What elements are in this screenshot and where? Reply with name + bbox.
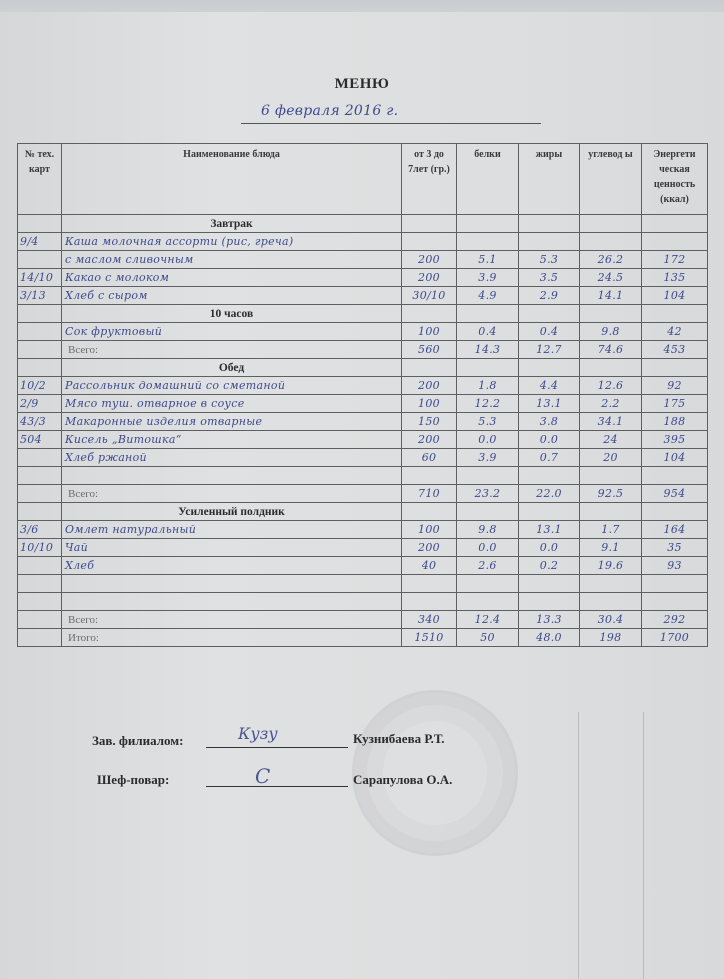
carbs-value: 20 bbox=[603, 451, 618, 464]
energy-value: 93 bbox=[667, 559, 682, 572]
section-code-cell bbox=[18, 503, 62, 521]
portion-cell: 150 bbox=[402, 413, 457, 431]
dish-name: с маслом сливочным bbox=[62, 251, 402, 269]
tech-card-number: 43/3 bbox=[18, 413, 62, 431]
carbs-cell: 19.6 bbox=[580, 557, 642, 575]
total-carbs-cell: 30.4 bbox=[580, 611, 642, 629]
empty-cell bbox=[519, 305, 580, 323]
date-field: 6 февраля 2016 г. bbox=[241, 103, 541, 124]
total-label: Всего: bbox=[62, 611, 402, 629]
tech-card-value: 3/13 bbox=[20, 289, 46, 302]
portion-cell: 200 bbox=[402, 539, 457, 557]
tech-card-value: 2/9 bbox=[20, 397, 39, 410]
proteins-cell: 12.2 bbox=[457, 395, 519, 413]
total-carbs-value: 74.6 bbox=[598, 343, 624, 356]
fats-cell: 13.1 bbox=[519, 395, 580, 413]
fats-value: 0.4 bbox=[540, 325, 558, 338]
chef-name: Сарапулова О.А. bbox=[353, 772, 452, 788]
energy-cell bbox=[642, 593, 708, 611]
energy-value: 42 bbox=[667, 325, 682, 338]
total-proteins-cell: 14.3 bbox=[457, 341, 519, 359]
proteins-value: 3.9 bbox=[478, 451, 496, 464]
section-code-cell bbox=[18, 359, 62, 377]
table-row: Хлеб402.60.219.693 bbox=[18, 557, 708, 575]
total-energy-value: 292 bbox=[664, 613, 686, 626]
portion-value: 60 bbox=[422, 451, 437, 464]
fats-value: 13.1 bbox=[536, 397, 562, 410]
proteins-value: 9.8 bbox=[478, 523, 496, 536]
fats-cell: 3.8 bbox=[519, 413, 580, 431]
empty-cell bbox=[519, 503, 580, 521]
carbs-value: 12.6 bbox=[598, 379, 624, 392]
branch-head-name: Кузнибаева Р.Т. bbox=[353, 731, 445, 747]
dish-name bbox=[62, 575, 402, 593]
proteins-value: 5.1 bbox=[478, 253, 496, 266]
tech-card-number: 14/10 bbox=[18, 269, 62, 287]
portion-value: 200 bbox=[418, 433, 440, 446]
section-title: Завтрак bbox=[62, 215, 402, 233]
empty-cell bbox=[580, 359, 642, 377]
empty-cell bbox=[642, 305, 708, 323]
table-row bbox=[18, 575, 708, 593]
dish-name-value: Рассольник домашний со сметаной bbox=[65, 379, 285, 392]
total-fats-cell: 13.3 bbox=[519, 611, 580, 629]
grand-total-proteins-value: 50 bbox=[480, 631, 495, 644]
total-proteins-value: 14.3 bbox=[475, 343, 501, 356]
total-fats-cell: 12.7 bbox=[519, 341, 580, 359]
energy-value: 135 bbox=[664, 271, 686, 284]
tech-card-value: 43/3 bbox=[20, 415, 46, 428]
carbs-value: 14.1 bbox=[598, 289, 624, 302]
dish-name-value: Хлеб с сыром bbox=[65, 289, 148, 302]
empty-cell bbox=[402, 503, 457, 521]
fats-value: 0.0 bbox=[540, 541, 558, 554]
tech-card-value: 10/10 bbox=[20, 541, 53, 554]
dish-name: Омлет натуральный bbox=[62, 521, 402, 539]
tech-card-number bbox=[18, 467, 62, 485]
total-code-cell bbox=[18, 485, 62, 503]
header-portion: от 3 до 7лет (гр.) bbox=[402, 144, 457, 215]
total-carbs-cell: 92.5 bbox=[580, 485, 642, 503]
dish-name-value: Мясо туш. отварное в соусе bbox=[65, 397, 245, 410]
portion-cell: 100 bbox=[402, 323, 457, 341]
carbs-value: 34.1 bbox=[598, 415, 624, 428]
dish-name-value: Каша молочная ассорти (рис, греча) bbox=[65, 235, 293, 248]
total-fats-cell: 22.0 bbox=[519, 485, 580, 503]
dish-name-value: Макаронные изделия отварные bbox=[65, 415, 262, 428]
energy-cell: 104 bbox=[642, 287, 708, 305]
empty-cell bbox=[580, 503, 642, 521]
energy-cell: 42 bbox=[642, 323, 708, 341]
empty-cell bbox=[457, 305, 519, 323]
grand-total-energy-cell: 1700 bbox=[642, 629, 708, 647]
total-portion-cell: 710 bbox=[402, 485, 457, 503]
empty-cell bbox=[580, 305, 642, 323]
grand-total-code-cell bbox=[18, 629, 62, 647]
tech-card-number bbox=[18, 557, 62, 575]
portion-value: 100 bbox=[418, 523, 440, 536]
fats-cell: 0.4 bbox=[519, 323, 580, 341]
header-energy: Энергети ческая ценность (ккал) bbox=[642, 144, 708, 215]
fats-cell: 3.5 bbox=[519, 269, 580, 287]
grand-total-carbs-value: 198 bbox=[600, 631, 622, 644]
total-code-cell bbox=[18, 341, 62, 359]
carbs-cell bbox=[580, 593, 642, 611]
proteins-cell: 1.8 bbox=[457, 377, 519, 395]
portion-value: 100 bbox=[418, 325, 440, 338]
fats-cell: 13.1 bbox=[519, 521, 580, 539]
proteins-value: 3.9 bbox=[478, 271, 496, 284]
proteins-cell: 4.9 bbox=[457, 287, 519, 305]
grand-total-row: Итого:15105048.01981700 bbox=[18, 629, 708, 647]
energy-value: 92 bbox=[667, 379, 682, 392]
carbs-value: 19.6 bbox=[598, 559, 624, 572]
table-row: 3/13Хлеб с сыром30/104.92.914.1104 bbox=[18, 287, 708, 305]
proteins-cell: 0.0 bbox=[457, 431, 519, 449]
total-fats-value: 12.7 bbox=[536, 343, 562, 356]
empty-cell bbox=[642, 215, 708, 233]
empty-cell bbox=[519, 215, 580, 233]
fats-value: 2.9 bbox=[540, 289, 558, 302]
total-proteins-cell: 12.4 bbox=[457, 611, 519, 629]
carbs-value: 2.2 bbox=[601, 397, 619, 410]
proteins-cell: 3.9 bbox=[457, 449, 519, 467]
energy-cell: 175 bbox=[642, 395, 708, 413]
section-header-row: Усиленный полдник bbox=[18, 503, 708, 521]
fats-value: 3.5 bbox=[540, 271, 558, 284]
energy-cell: 164 bbox=[642, 521, 708, 539]
portion-cell: 200 bbox=[402, 269, 457, 287]
section-title: Усиленный полдник bbox=[62, 503, 402, 521]
energy-cell: 104 bbox=[642, 449, 708, 467]
grand-total-portion-cell: 1510 bbox=[402, 629, 457, 647]
proteins-value: 0.4 bbox=[478, 325, 496, 338]
proteins-cell bbox=[457, 575, 519, 593]
section-total-row: Всего:56014.312.774.6453 bbox=[18, 341, 708, 359]
proteins-cell bbox=[457, 233, 519, 251]
carbs-cell bbox=[580, 575, 642, 593]
grand-total-proteins-cell: 50 bbox=[457, 629, 519, 647]
total-label: Всего: bbox=[62, 485, 402, 503]
tech-card-number bbox=[18, 251, 62, 269]
portion-value: 200 bbox=[418, 253, 440, 266]
total-energy-value: 453 bbox=[664, 343, 686, 356]
section-header-row: Обед bbox=[18, 359, 708, 377]
tech-card-number: 9/4 bbox=[18, 233, 62, 251]
dish-name-value: Хлеб bbox=[65, 559, 94, 572]
chef-signature-line bbox=[206, 772, 348, 787]
tech-card-value: 14/10 bbox=[20, 271, 53, 284]
tech-card-value: 3/6 bbox=[20, 523, 39, 536]
branch-head-signature: Кузу bbox=[238, 724, 278, 743]
empty-cell bbox=[457, 359, 519, 377]
proteins-value: 5.3 bbox=[478, 415, 496, 428]
energy-cell: 93 bbox=[642, 557, 708, 575]
tech-card-value: 504 bbox=[20, 433, 42, 446]
grand-total-energy-value: 1700 bbox=[660, 631, 689, 644]
fats-value: 5.3 bbox=[540, 253, 558, 266]
energy-value: 164 bbox=[664, 523, 686, 536]
empty-cell bbox=[519, 359, 580, 377]
proteins-cell: 0.0 bbox=[457, 539, 519, 557]
grand-total-fats-cell: 48.0 bbox=[519, 629, 580, 647]
carbs-cell: 24.5 bbox=[580, 269, 642, 287]
fats-value: 0.2 bbox=[540, 559, 558, 572]
proteins-cell: 9.8 bbox=[457, 521, 519, 539]
energy-cell: 172 bbox=[642, 251, 708, 269]
table-row: 9/4Каша молочная ассорти (рис, греча) bbox=[18, 233, 708, 251]
empty-cell bbox=[580, 215, 642, 233]
menu-table: № тех. карт Наименование блюда от 3 до 7… bbox=[17, 143, 708, 647]
carbs-cell: 20 bbox=[580, 449, 642, 467]
portion-cell bbox=[402, 593, 457, 611]
energy-cell: 395 bbox=[642, 431, 708, 449]
dish-name-value: Омлет натуральный bbox=[65, 523, 196, 536]
proteins-cell bbox=[457, 467, 519, 485]
fats-value: 0.7 bbox=[540, 451, 558, 464]
carbs-value: 1.7 bbox=[601, 523, 619, 536]
table-row: 43/3Макаронные изделия отварные1505.33.8… bbox=[18, 413, 708, 431]
section-header-row: 10 часов bbox=[18, 305, 708, 323]
fats-value: 4.4 bbox=[540, 379, 558, 392]
tech-card-value: 10/2 bbox=[20, 379, 46, 392]
table-header-row: № тех. карт Наименование блюда от 3 до 7… bbox=[18, 144, 708, 215]
empty-cell bbox=[457, 215, 519, 233]
dish-name: Чай bbox=[62, 539, 402, 557]
proteins-value: 0.0 bbox=[478, 541, 496, 554]
tech-card-number bbox=[18, 449, 62, 467]
section-total-row: Всего:34012.413.330.4292 bbox=[18, 611, 708, 629]
energy-cell: 188 bbox=[642, 413, 708, 431]
section-title: 10 часов bbox=[62, 305, 402, 323]
carbs-cell bbox=[580, 467, 642, 485]
table-row: 10/10Чай2000.00.09.135 bbox=[18, 539, 708, 557]
dish-name: Мясо туш. отварное в соусе bbox=[62, 395, 402, 413]
portion-cell: 100 bbox=[402, 395, 457, 413]
portion-value: 100 bbox=[418, 397, 440, 410]
total-energy-value: 954 bbox=[664, 487, 686, 500]
energy-cell: 35 bbox=[642, 539, 708, 557]
total-portion-value: 340 bbox=[418, 613, 440, 626]
dish-name: Каша молочная ассорти (рис, греча) bbox=[62, 233, 402, 251]
dish-name bbox=[62, 467, 402, 485]
energy-cell bbox=[642, 233, 708, 251]
paper-fold bbox=[578, 712, 579, 979]
energy-cell bbox=[642, 575, 708, 593]
carbs-value: 24.5 bbox=[598, 271, 624, 284]
empty-cell bbox=[402, 305, 457, 323]
carbs-value: 9.8 bbox=[601, 325, 619, 338]
dish-name: Кисель „Витошка“ bbox=[62, 431, 402, 449]
header-fats: жиры bbox=[519, 144, 580, 215]
tech-card-number bbox=[18, 575, 62, 593]
chef-signature: С bbox=[255, 764, 270, 788]
portion-value: 200 bbox=[418, 541, 440, 554]
energy-value: 35 bbox=[667, 541, 682, 554]
total-energy-cell: 954 bbox=[642, 485, 708, 503]
tech-card-value: 9/4 bbox=[20, 235, 39, 248]
portion-cell: 60 bbox=[402, 449, 457, 467]
total-portion-cell: 340 bbox=[402, 611, 457, 629]
carbs-cell: 9.1 bbox=[580, 539, 642, 557]
dish-name bbox=[62, 593, 402, 611]
total-proteins-value: 12.4 bbox=[475, 613, 501, 626]
proteins-cell: 5.3 bbox=[457, 413, 519, 431]
total-proteins-cell: 23.2 bbox=[457, 485, 519, 503]
proteins-value: 4.9 bbox=[478, 289, 496, 302]
total-portion-value: 710 bbox=[418, 487, 440, 500]
portion-cell: 40 bbox=[402, 557, 457, 575]
total-proteins-value: 23.2 bbox=[475, 487, 501, 500]
proteins-value: 12.2 bbox=[475, 397, 501, 410]
fats-value: 13.1 bbox=[536, 523, 562, 536]
carbs-value: 24 bbox=[603, 433, 618, 446]
carbs-cell: 24 bbox=[580, 431, 642, 449]
energy-value: 104 bbox=[664, 451, 686, 464]
proteins-value: 2.6 bbox=[478, 559, 496, 572]
carbs-cell: 14.1 bbox=[580, 287, 642, 305]
dish-name: Макаронные изделия отварные bbox=[62, 413, 402, 431]
proteins-cell: 0.4 bbox=[457, 323, 519, 341]
total-carbs-value: 30.4 bbox=[598, 613, 624, 626]
portion-value: 200 bbox=[418, 271, 440, 284]
section-title: Обед bbox=[62, 359, 402, 377]
total-label: Всего: bbox=[62, 341, 402, 359]
proteins-cell: 3.9 bbox=[457, 269, 519, 287]
fats-cell: 5.3 bbox=[519, 251, 580, 269]
table-row: с маслом сливочным2005.15.326.2172 bbox=[18, 251, 708, 269]
dish-name: Хлеб bbox=[62, 557, 402, 575]
total-carbs-value: 92.5 bbox=[598, 487, 624, 500]
energy-value: 188 bbox=[664, 415, 686, 428]
carbs-cell: 26.2 bbox=[580, 251, 642, 269]
proteins-value: 0.0 bbox=[478, 433, 496, 446]
energy-cell: 92 bbox=[642, 377, 708, 395]
fats-cell bbox=[519, 467, 580, 485]
header-proteins: белки bbox=[457, 144, 519, 215]
grand-total-portion-value: 1510 bbox=[414, 631, 443, 644]
energy-cell: 135 bbox=[642, 269, 708, 287]
table-row bbox=[18, 467, 708, 485]
paper-fold bbox=[643, 712, 644, 979]
tech-card-number: 3/6 bbox=[18, 521, 62, 539]
tech-card-number: 504 bbox=[18, 431, 62, 449]
dish-name-value: Какао с молоком bbox=[65, 271, 169, 284]
total-code-cell bbox=[18, 611, 62, 629]
dish-name-value: Сок фруктовый bbox=[65, 325, 162, 338]
empty-cell bbox=[642, 359, 708, 377]
portion-cell bbox=[402, 233, 457, 251]
tech-card-number bbox=[18, 593, 62, 611]
branch-head-label: Зав. филиалом: bbox=[92, 733, 184, 749]
menu-table-body: Завтрак9/4Каша молочная ассорти (рис, гр… bbox=[18, 215, 708, 647]
section-code-cell bbox=[18, 305, 62, 323]
proteins-cell bbox=[457, 593, 519, 611]
dish-name: Сок фруктовый bbox=[62, 323, 402, 341]
dish-name: Хлеб с сыром bbox=[62, 287, 402, 305]
carbs-value: 9.1 bbox=[601, 541, 619, 554]
fats-cell: 4.4 bbox=[519, 377, 580, 395]
total-energy-cell: 292 bbox=[642, 611, 708, 629]
energy-value: 104 bbox=[664, 289, 686, 302]
fats-cell: 0.0 bbox=[519, 539, 580, 557]
table-row: 3/6Омлет натуральный1009.813.11.7164 bbox=[18, 521, 708, 539]
empty-cell bbox=[642, 503, 708, 521]
carbs-cell: 9.8 bbox=[580, 323, 642, 341]
dish-name-value: Кисель „Витошка“ bbox=[65, 433, 182, 446]
proteins-value: 1.8 bbox=[478, 379, 496, 392]
total-portion-cell: 560 bbox=[402, 341, 457, 359]
total-fats-value: 22.0 bbox=[536, 487, 562, 500]
header-dish-name: Наименование блюда bbox=[62, 144, 402, 215]
fats-cell: 0.0 bbox=[519, 431, 580, 449]
grand-total-label: Итого: bbox=[62, 629, 402, 647]
fats-cell bbox=[519, 575, 580, 593]
portion-cell: 100 bbox=[402, 521, 457, 539]
portion-cell bbox=[402, 467, 457, 485]
carbs-value: 26.2 bbox=[598, 253, 624, 266]
table-row: 2/9Мясо туш. отварное в соусе10012.213.1… bbox=[18, 395, 708, 413]
table-row: Сок фруктовый1000.40.49.842 bbox=[18, 323, 708, 341]
section-header-row: Завтрак bbox=[18, 215, 708, 233]
fats-value: 3.8 bbox=[540, 415, 558, 428]
fats-cell bbox=[519, 233, 580, 251]
carbs-cell: 2.2 bbox=[580, 395, 642, 413]
dish-name-value: Хлеб ржаной bbox=[65, 451, 147, 464]
table-row: 504Кисель „Витошка“2000.00.024395 bbox=[18, 431, 708, 449]
energy-value: 172 bbox=[664, 253, 686, 266]
table-row: 14/10Какао с молоком2003.93.524.5135 bbox=[18, 269, 708, 287]
tech-card-number: 3/13 bbox=[18, 287, 62, 305]
dish-name-value: Чай bbox=[65, 541, 88, 554]
table-row: 10/2Рассольник домашний со сметаной2001.… bbox=[18, 377, 708, 395]
portion-value: 200 bbox=[418, 379, 440, 392]
section-total-row: Всего:71023.222.092.5954 bbox=[18, 485, 708, 503]
energy-value: 175 bbox=[664, 397, 686, 410]
empty-cell bbox=[402, 215, 457, 233]
document-title: МЕНЮ bbox=[0, 76, 724, 93]
total-fats-value: 13.3 bbox=[536, 613, 562, 626]
portion-cell: 200 bbox=[402, 431, 457, 449]
empty-cell bbox=[457, 503, 519, 521]
portion-value: 40 bbox=[422, 559, 437, 572]
carbs-cell bbox=[580, 233, 642, 251]
portion-cell: 200 bbox=[402, 377, 457, 395]
portion-cell bbox=[402, 575, 457, 593]
grand-total-fats-value: 48.0 bbox=[536, 631, 562, 644]
table-row bbox=[18, 593, 708, 611]
tech-card-number: 10/10 bbox=[18, 539, 62, 557]
chef-label: Шеф-повар: bbox=[97, 772, 169, 788]
portion-value: 150 bbox=[418, 415, 440, 428]
fats-value: 0.0 bbox=[540, 433, 558, 446]
dish-name: Хлеб ржаной bbox=[62, 449, 402, 467]
tech-card-number: 2/9 bbox=[18, 395, 62, 413]
proteins-cell: 2.6 bbox=[457, 557, 519, 575]
fats-cell: 0.7 bbox=[519, 449, 580, 467]
total-energy-cell: 453 bbox=[642, 341, 708, 359]
dish-name-value: с маслом сливочным bbox=[65, 253, 194, 266]
dish-name: Рассольник домашний со сметаной bbox=[62, 377, 402, 395]
section-code-cell bbox=[18, 215, 62, 233]
tech-card-number: 10/2 bbox=[18, 377, 62, 395]
dish-name: Какао с молоком bbox=[62, 269, 402, 287]
carbs-cell: 34.1 bbox=[580, 413, 642, 431]
grand-total-carbs-cell: 198 bbox=[580, 629, 642, 647]
energy-cell bbox=[642, 467, 708, 485]
carbs-cell: 12.6 bbox=[580, 377, 642, 395]
date-value: 6 февраля 2016 г. bbox=[261, 103, 398, 119]
